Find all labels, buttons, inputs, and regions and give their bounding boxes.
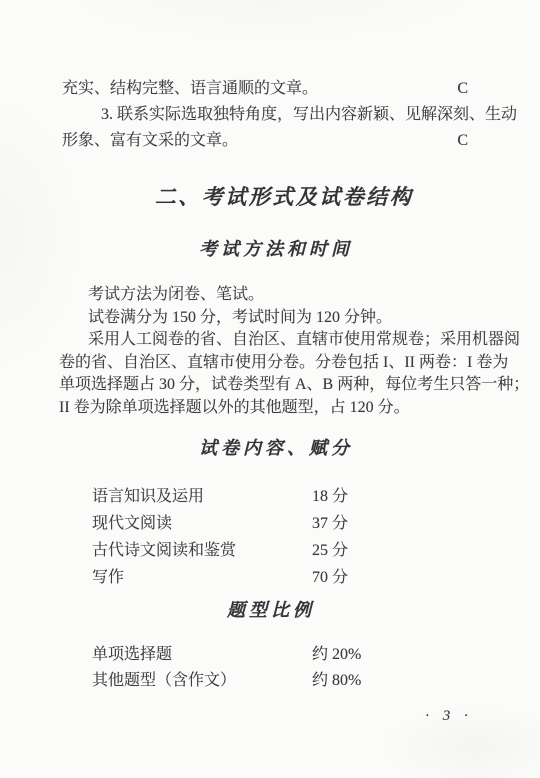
type-label: 其他题型（含作文） bbox=[92, 667, 312, 690]
page-number: · 3 · bbox=[404, 708, 494, 725]
exam-method-line: 考试方法为闭卷、笔试。 bbox=[59, 284, 470, 307]
exam-method-line: 单项选择题占 30 分，试卷类型有 A、B 两种，每位考生只答一种； bbox=[59, 374, 470, 397]
score-label: 古代诗文阅读和鉴赏 bbox=[92, 537, 312, 560]
content-scores-table: 语言知识及运用 18 分 现代文阅读 37 分 古代诗文阅读和鉴赏 25 分 写… bbox=[92, 483, 470, 591]
score-value: 70 分 bbox=[312, 564, 470, 587]
table-row: 写作 70 分 bbox=[92, 564, 470, 591]
type-value: 约 80% bbox=[312, 667, 470, 690]
intro-line-1-text: 充实、结构完整、语言通顺的文章。 bbox=[62, 76, 318, 102]
table-row: 古代诗文阅读和鉴赏 25 分 bbox=[92, 537, 470, 564]
exam-method-line: II 卷为除单项选择题以外的其他题型，占 120 分。 bbox=[59, 397, 470, 420]
score-label: 现代文阅读 bbox=[92, 510, 312, 533]
scanned-document-page: 充实、结构完整、语言通顺的文章。 C 3. 联系实际选取独特角度，写出内容新颖、… bbox=[0, 0, 540, 778]
exam-method-paragraph: 考试方法为闭卷、笔试。 试卷满分为 150 分，考试时间为 120 分钟。 采用… bbox=[59, 284, 470, 420]
score-value: 25 分 bbox=[312, 537, 470, 560]
table-row: 语言知识及运用 18 分 bbox=[92, 483, 470, 510]
exam-method-heading: 考试方法和时间 bbox=[6, 235, 540, 261]
question-types-heading: 题型比例 bbox=[1, 596, 540, 622]
score-value: 18 分 bbox=[312, 483, 470, 506]
type-value: 约 20% bbox=[312, 641, 470, 664]
intro-line-1: 充实、结构完整、语言通顺的文章。 C bbox=[62, 76, 470, 102]
intro-line-2: 3. 联系实际选取独特角度，写出内容新颖、见解深刻、生动 bbox=[62, 102, 470, 128]
question-types-table: 单项选择题 约 20% 其他题型（含作文） 约 80% bbox=[92, 641, 470, 693]
score-value: 37 分 bbox=[312, 510, 470, 533]
grade-mark-c1: C bbox=[457, 76, 470, 102]
score-label: 写作 bbox=[92, 564, 312, 587]
intro-line-3: 形象、富有文采的文章。 C bbox=[62, 128, 470, 154]
grade-mark-c2: C bbox=[457, 128, 470, 154]
exam-method-line: 采用人工阅卷的省、自治区、直辖市使用常规卷；采用机器阅 bbox=[59, 329, 470, 352]
exam-method-line: 卷的省、自治区、直辖市使用分卷。分卷包括 I、II 两卷：I 卷为 bbox=[59, 352, 470, 375]
section-title: 二、考试形式及试卷结构 bbox=[14, 181, 540, 211]
type-label: 单项选择题 bbox=[92, 641, 312, 664]
intro-paragraph: 充实、结构完整、语言通顺的文章。 C 3. 联系实际选取独特角度，写出内容新颖、… bbox=[62, 76, 470, 154]
table-row: 单项选择题 约 20% bbox=[92, 641, 470, 667]
table-row: 现代文阅读 37 分 bbox=[92, 510, 470, 537]
intro-line-3-text: 形象、富有文采的文章。 bbox=[62, 128, 238, 154]
table-row: 其他题型（含作文） 约 80% bbox=[92, 667, 470, 693]
exam-method-line: 试卷满分为 150 分，考试时间为 120 分钟。 bbox=[59, 307, 470, 330]
score-label: 语言知识及运用 bbox=[92, 483, 312, 506]
content-scores-heading: 试卷内容、赋分 bbox=[6, 434, 540, 460]
